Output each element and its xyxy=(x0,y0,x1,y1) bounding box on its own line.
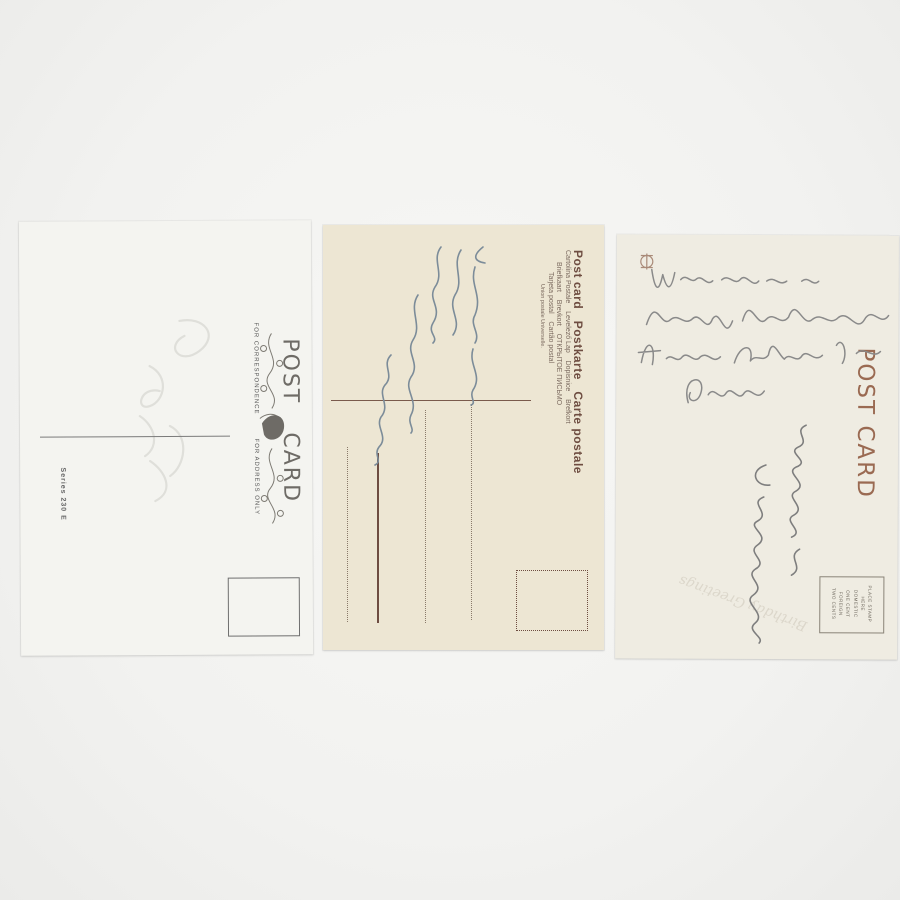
title-post: POST xyxy=(277,338,302,404)
series-label: Series 230 E xyxy=(59,468,66,521)
handwritten-message xyxy=(323,225,604,650)
embossed-ghost-script xyxy=(109,306,250,527)
postcard-middle: Post card Postkarte Carte postale Cartol… xyxy=(323,225,604,650)
address-label: FOR ADDRESS ONLY xyxy=(253,439,259,516)
post-card-title: POST CARD xyxy=(277,338,303,503)
handwritten-message xyxy=(615,234,899,659)
correspondence-label: FOR CORRESPONDENCE xyxy=(252,323,258,415)
stamp-box xyxy=(228,577,300,636)
title-card: CARD xyxy=(278,432,303,503)
postcard-left: Series 230 E POST CARD FOR CORRESPONDENC… xyxy=(19,220,313,656)
postcard-right: Birthday Greetings POST CARD PLACE STAMP… xyxy=(615,234,899,659)
